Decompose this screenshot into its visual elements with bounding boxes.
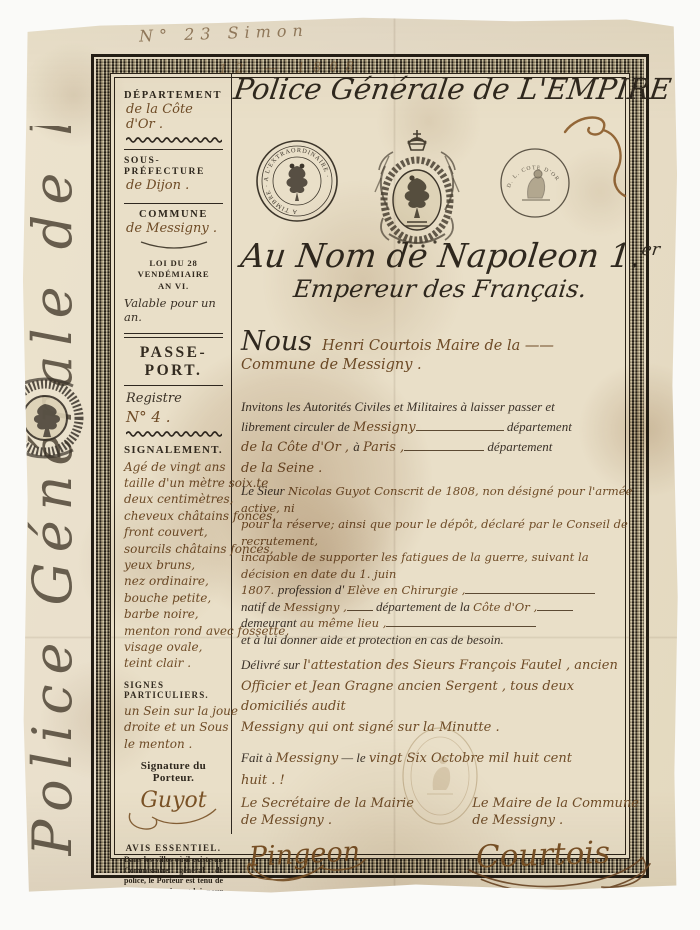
signature-flourish [239, 851, 371, 892]
preamble-line1: NousHenri Courtois Maire de la —— [241, 326, 639, 357]
handwritten-segment: Nicolas Guyot Conscrit de 1808, non dési… [241, 484, 632, 515]
signature-flourish [122, 805, 222, 835]
handwritten-segment: Messigny [276, 751, 339, 766]
paragraph-invitons: Invitons les Autorités Civiles et Milita… [241, 397, 639, 478]
secretary-signature: Pingeon [248, 836, 361, 873]
list-item: bouche petite, [124, 590, 223, 606]
registre-value: N° 4 . [126, 408, 223, 426]
ink-paraph [559, 104, 633, 216]
handwritten-segment: 1807. [241, 583, 278, 597]
signature-flourish [460, 849, 661, 902]
blank-fill-line [465, 582, 595, 594]
list-item: taille d'un mètre soix.te [124, 475, 223, 491]
list-item: front couvert, [124, 524, 223, 540]
list-item: Le Maire de la Commune [472, 795, 639, 812]
list-item: cheveux châtains foncés, [124, 508, 223, 524]
list-item: Agé de vingt ans [124, 459, 223, 475]
handwritten-segment: Messigny , [284, 600, 347, 614]
signes-list: un Sein sur la jouedroite et un Sousle m… [124, 703, 223, 752]
invocation-heading: Au Nom de Napoleon 1.er Empereur des Fra… [241, 236, 639, 303]
mayor-title: Le Maire de la Communede Messigny . [472, 795, 639, 829]
list-item: un Sein sur la joue [124, 703, 223, 719]
horizontal-fold-crease [21, 636, 679, 639]
list-item: de Messigny . [241, 812, 414, 829]
mayor-signature: Courtois [476, 835, 611, 876]
signalement-title: SIGNALEMENT. [124, 444, 223, 456]
invocation-line2: Empereur des Français. [239, 275, 640, 303]
avis-text: Dans les villes où il existe un Commissa… [124, 855, 223, 908]
nous-label: Nous [241, 326, 312, 357]
list-item: Le Secrétaire de la Mairie [241, 795, 414, 812]
handwritten-segment: au même lieu , [300, 616, 387, 630]
handwritten-segment: de la Seine . [241, 461, 322, 476]
signalement-list: Agé de vingt anstaille d'un mètre soix.t… [124, 459, 223, 672]
signes-title: SIGNES PARTICULIERS. [124, 680, 223, 700]
handwritten-segment: Messigny [353, 420, 416, 435]
list-item: barbe noire, [124, 606, 223, 622]
handwritten-segment: incapable de supporter les fatigues de l… [241, 550, 589, 581]
list-item: sourcils châtains foncés, [124, 541, 223, 557]
printed-segment: Fait à [241, 750, 276, 765]
commune-value: de Messigny . [126, 221, 223, 236]
list-item: teint clair . [124, 655, 223, 671]
printed-segment: Le Sieur [241, 483, 288, 498]
sous-prefecture-value: de Dijon . [126, 178, 223, 193]
handwritten-segment: Paris , [363, 440, 404, 455]
loi-line1: LOI DU 28 VENDÉMIAIRE [124, 258, 223, 280]
handwritten-segment: huit . ! [241, 773, 285, 788]
list-item: de Messigny . [472, 812, 639, 829]
secretary-signature-block: Le Secrétaire de la Mairiede Messigny . … [241, 795, 414, 873]
vertical-fold-crease [393, 16, 396, 896]
loi-line2: AN VI. [124, 281, 223, 292]
departement-value: de la Côte d'Or . [126, 102, 223, 132]
photo-background: Police Générale de l'Empire N° 23 Simon … [0, 0, 700, 930]
blank-fill-line [537, 599, 573, 611]
list-item: visage ovale, [124, 639, 223, 655]
printed-segment: département de la [373, 599, 473, 614]
handwritten-segment: Elève en Chirurgie , [347, 583, 465, 597]
divider [124, 385, 223, 386]
printed-segment: — le [338, 750, 369, 765]
sous-prefecture-label: SOUS-PRÉFECTURE [124, 155, 223, 177]
printed-segment: Délivré sur [241, 657, 303, 672]
invocation-line1-text: Au Nom de Napoleon 1. [239, 236, 644, 275]
bearer-signature: Guyot [124, 788, 223, 813]
handwritten-segment: pour la réserve; ainsi que pour le dépôt… [241, 517, 628, 548]
list-item: nez ordinaire, [124, 573, 223, 589]
departement-label: DÉPARTEMENT [124, 90, 223, 101]
printed-segment: département [504, 419, 572, 434]
list-item: le menton . [124, 736, 223, 752]
printed-segment: à [353, 439, 363, 454]
passport-document: Police Générale de l'Empire N° 23 Simon … [21, 16, 679, 896]
avis-title: AVIS ESSENTIEL. [124, 843, 223, 853]
secretary-title: Le Secrétaire de la Mairiede Messigny . [241, 795, 414, 829]
mairie-oval-stamp [399, 724, 481, 828]
list-item: droite et un Sous [124, 719, 223, 735]
document-content: 12 — 1808 Police Générale de L'EMPIRE A … [21, 16, 679, 896]
wavy-divider [126, 136, 222, 144]
printed-segment: et à lui donner aide et protection en ca… [241, 632, 504, 647]
commune-label: COMMUNE [124, 209, 223, 220]
printed-segment: profession d' [278, 582, 347, 597]
handwritten-segment: de la Côte d'Or , [241, 440, 353, 455]
printed-segment: demeurant [241, 615, 300, 630]
passeport-title: PASSE-PORT. [124, 344, 223, 380]
preamble-line2: Commune de Messigny . [241, 357, 639, 373]
valable-note: Valable pour un an. [124, 296, 223, 324]
handwritten-segment: Officier et Jean Gragne ancien Sergent ,… [241, 679, 574, 715]
printed-segment: librement circuler de [241, 419, 353, 434]
mayor-signature-block: Le Maire de la Communede Messigny . Cour… [472, 795, 639, 873]
divider [124, 203, 223, 204]
invocation-line1: Au Nom de Napoleon 1.er [239, 236, 642, 275]
blank-fill-line [404, 439, 484, 451]
list-item: yeux bruns, [124, 557, 223, 573]
document-title: Police Générale de L'EMPIRE [232, 72, 637, 106]
double-divider [124, 333, 223, 338]
handwritten-segment: Côte d'Or , [473, 600, 537, 614]
extraordinaire-stamp: A TIMBRE · A L'EXTRAORDINAIRE · [254, 138, 340, 224]
sidebar-column: DÉPARTEMENT de la Côte d'Or . SOUS-PRÉFE… [116, 74, 232, 834]
printed-segment: Invitons les Autorités Civiles et Milita… [241, 399, 555, 414]
blank-fill-line [347, 599, 373, 611]
wavy-divider [126, 430, 222, 438]
signature-porteur-label: Signature du Porteur. [124, 760, 223, 784]
registre-label: Registre [126, 391, 223, 406]
printed-segment: natif de [241, 599, 284, 614]
invocation-line1-sup: er [640, 240, 661, 260]
flourish-divider [139, 240, 209, 252]
handwritten-segment: l'attestation des Sieurs François Fautel… [303, 658, 618, 673]
blank-fill-line [386, 615, 536, 627]
blank-fill-line [416, 419, 504, 431]
printed-segment: département [484, 439, 552, 454]
mayor-name-hand: Henri Courtois Maire de la —— [322, 338, 554, 354]
divider [124, 149, 223, 150]
list-item: deux centimètres, [124, 491, 223, 507]
paragraph-bearer: Le Sieur Nicolas Guyot Conscrit de 1808,… [241, 483, 639, 648]
